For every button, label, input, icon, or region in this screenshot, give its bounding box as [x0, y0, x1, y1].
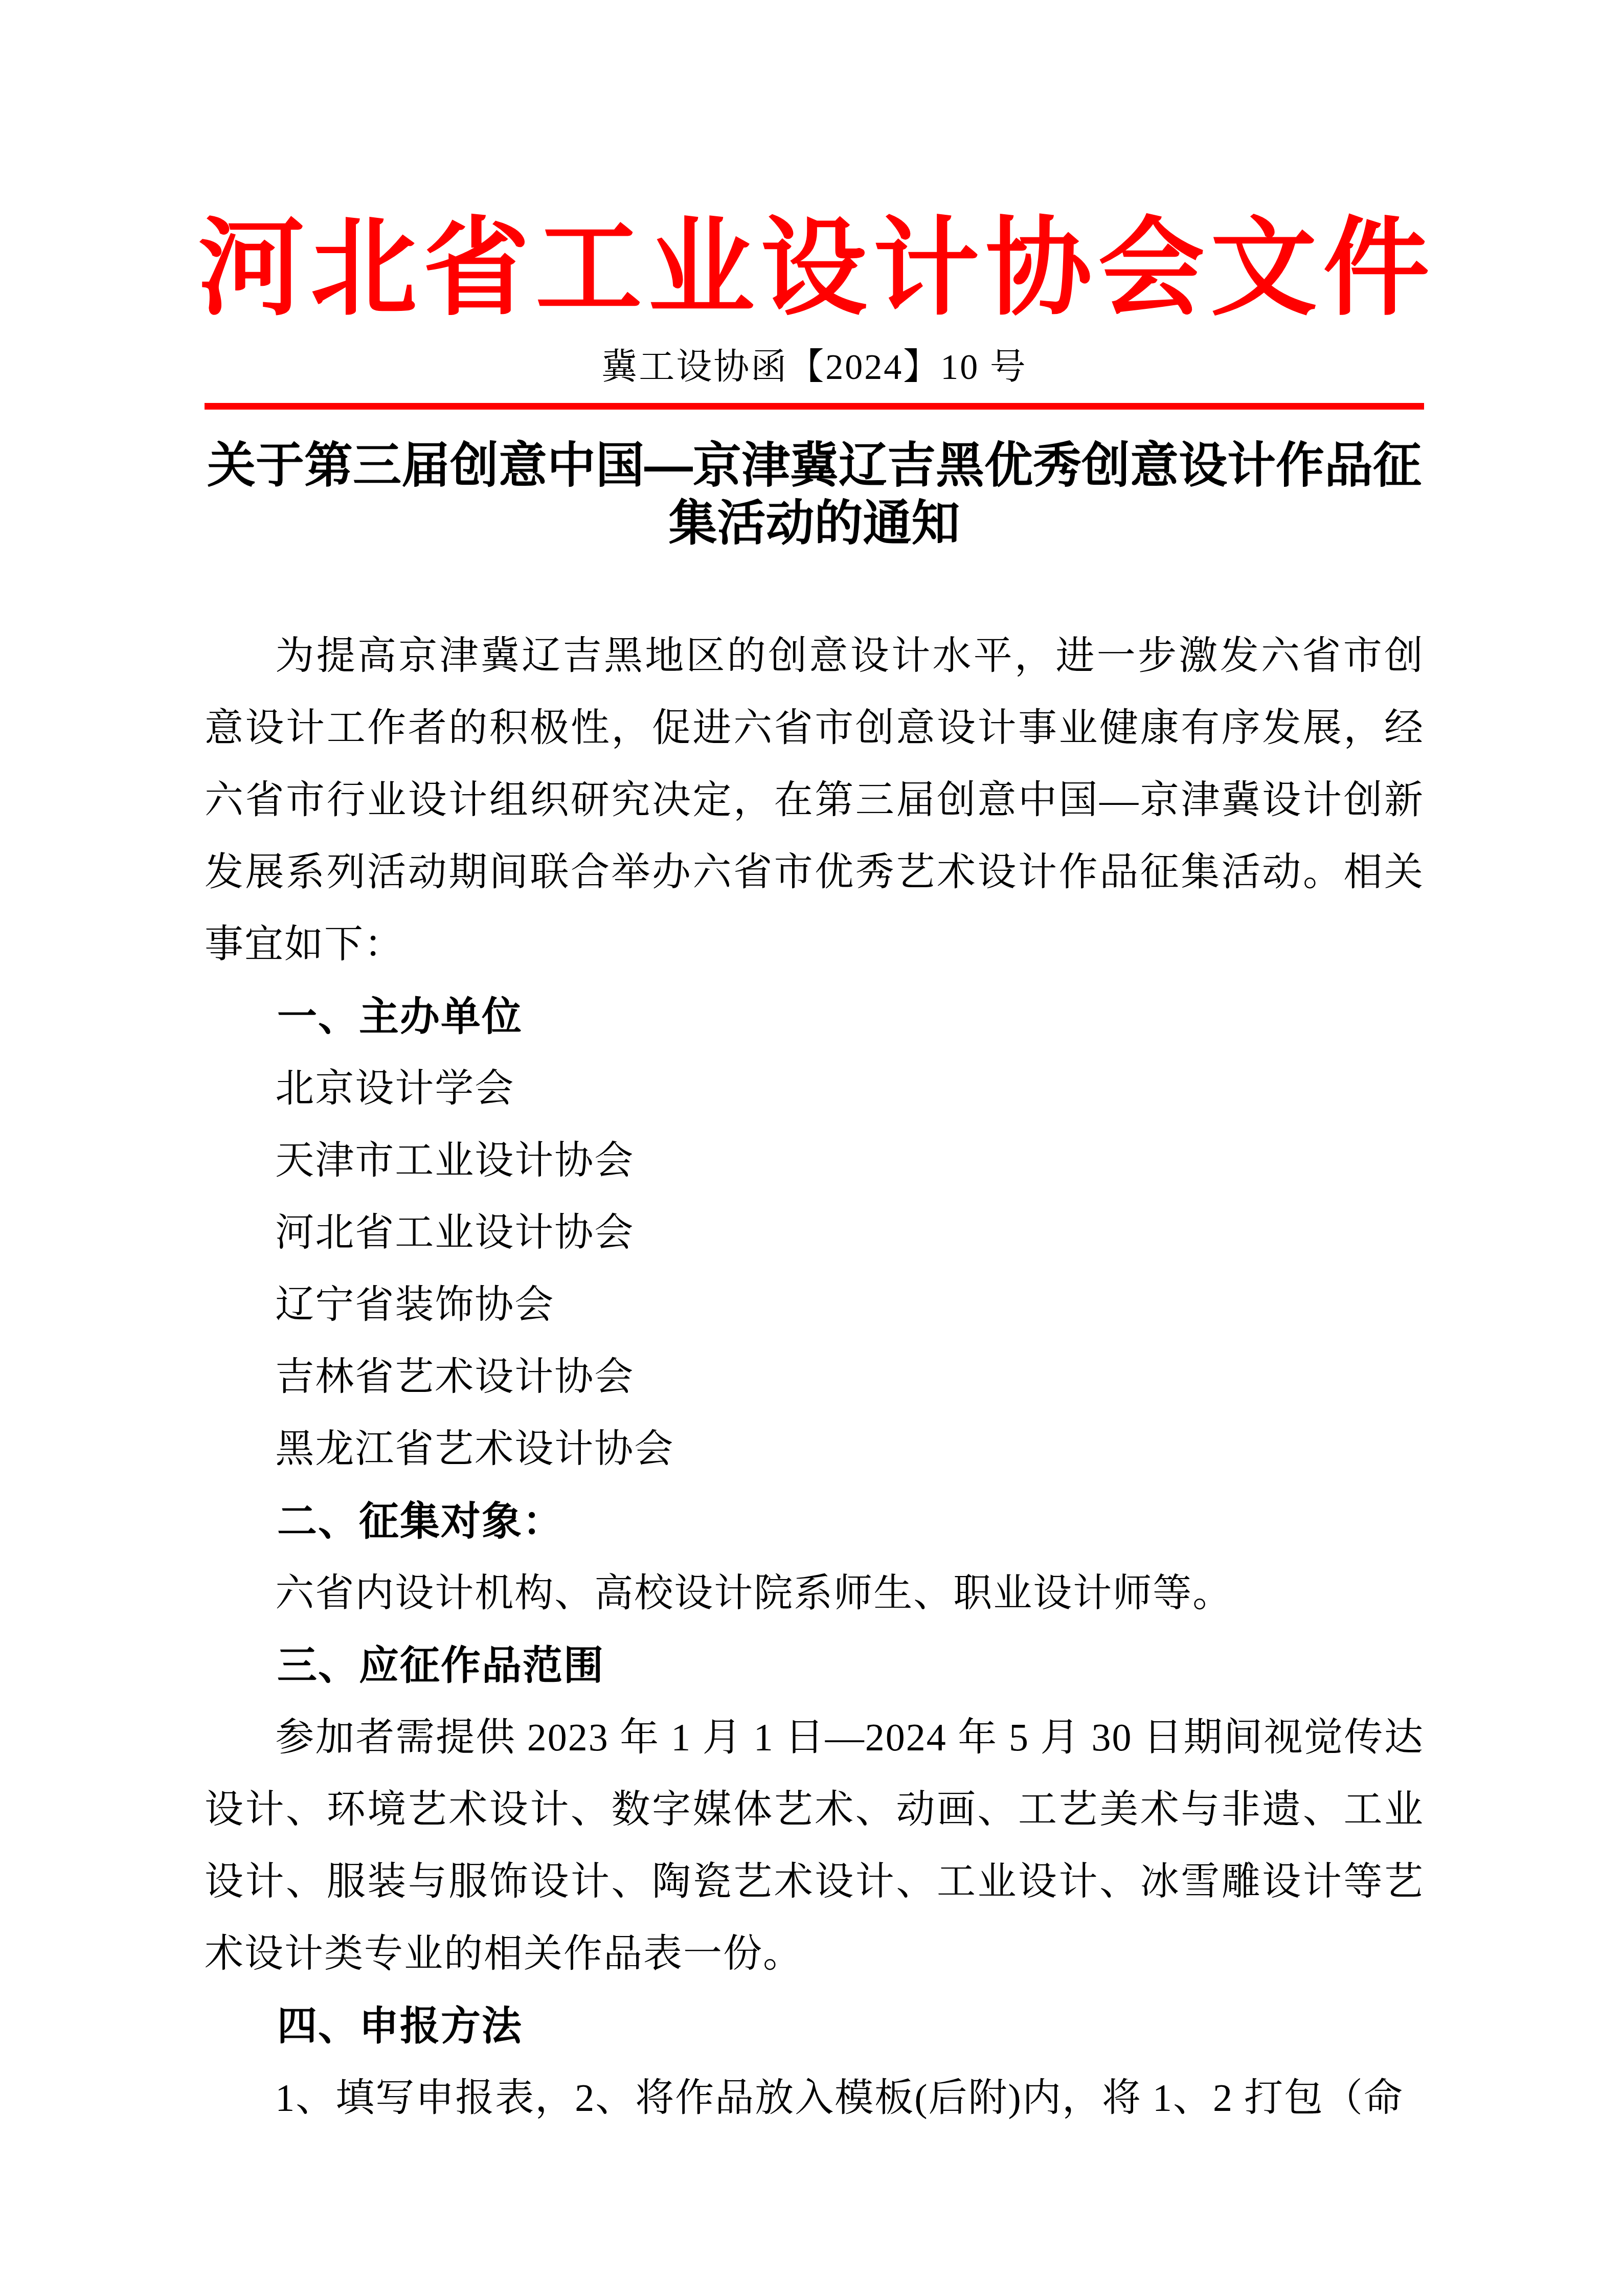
org-title: 河北省工业设计协会文件 — [189, 214, 1445, 324]
document-page: 河北省工业设计协会文件 冀工设协函【2024】10 号 关于第三届创意中国—京津… — [0, 0, 1624, 2296]
body-paragraph: 为提高京津冀辽吉黑地区的创意设计水平，进一步激发六省市创意设计工作者的积极性，促… — [205, 620, 1424, 981]
organizer-name: 河北省工业设计协会 — [205, 1197, 1424, 1269]
organizer-name: 黑龙江省艺术设计协会 — [205, 1413, 1424, 1485]
section-heading: 四、申报方法 — [205, 1990, 1424, 2062]
body-paragraph: 六省内设计机构、高校设计院系师生、职业设计师等。 — [205, 1558, 1424, 1630]
body-paragraph: 参加者需提供 2023 年 1 月 1 日—2024 年 5 月 30 日期间视… — [205, 1702, 1424, 1990]
notice-title: 关于第三届创意中国—京津冀辽吉黑优秀创意设计作品征集活动的通知 — [205, 437, 1424, 553]
organizer-name: 辽宁省装饰协会 — [205, 1269, 1424, 1341]
doc-number: 冀工设协函【2024】10 号 — [205, 349, 1424, 387]
organizer-name: 北京设计学会 — [205, 1053, 1424, 1125]
body-paragraph: 1、填写申报表，2、将作品放入模板(后附)内，将 1、2 打包（命 — [205, 2062, 1424, 2134]
section-heading: 二、征集对象： — [205, 1485, 1424, 1558]
document-body: 为提高京津冀辽吉黑地区的创意设计水平，进一步激发六省市创意设计工作者的积极性，促… — [205, 620, 1424, 2134]
section-heading: 三、应征作品范围 — [205, 1630, 1424, 1702]
red-divider-line — [205, 403, 1424, 410]
organizer-name: 天津市工业设计协会 — [205, 1125, 1424, 1197]
organizer-name: 吉林省艺术设计协会 — [205, 1341, 1424, 1413]
section-heading: 一、主办单位 — [205, 981, 1424, 1053]
